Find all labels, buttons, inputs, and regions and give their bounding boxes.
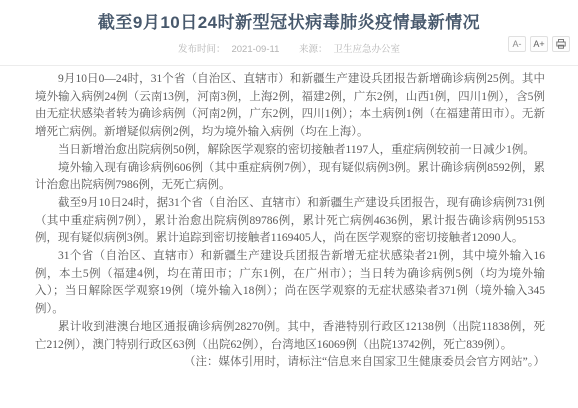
article-meta: 发布时间：2021-09-11 来源：卫生应急办公室 bbox=[0, 42, 578, 58]
toolbar: A- A+ bbox=[508, 36, 570, 52]
header-divider bbox=[0, 65, 578, 66]
article-page: 截至9月10日24时新型冠状病毒肺炎疫情最新情况 发布时间：2021-09-11… bbox=[0, 0, 578, 408]
paragraph: 境外输入现有确诊病例606例（其中重症病例7例），现有疑似病例3例。累计确诊病例… bbox=[35, 160, 545, 195]
paragraph: 31个省（自治区、直辖市）和新疆生产建设兵团报告新增无症状感染者21例，其中境外… bbox=[35, 248, 545, 319]
paragraph: 9月10日0—24时，31个省（自治区、直辖市）和新疆生产建设兵团报告新增确诊病… bbox=[35, 71, 545, 142]
page-title: 截至9月10日24时新型冠状病毒肺炎疫情最新情况 bbox=[0, 8, 578, 33]
citation-note: （注：媒体引用时，请标注“信息来自国家卫生健康委员会官方网站”。） bbox=[35, 354, 545, 372]
paragraph: 当日新增治愈出院病例50例，解除医学观察的密切接触者1197人，重症病例较前一日… bbox=[35, 142, 545, 160]
publish-time-value: 2021-09-11 bbox=[231, 44, 279, 55]
font-decrease-button[interactable]: A- bbox=[508, 36, 526, 52]
source-label: 来源： bbox=[299, 44, 328, 55]
print-button[interactable] bbox=[552, 36, 570, 52]
article-body: 9月10日0—24时，31个省（自治区、直辖市）和新疆生产建设兵团报告新增确诊病… bbox=[0, 66, 578, 372]
font-increase-button[interactable]: A+ bbox=[530, 36, 548, 52]
paragraph: 截至9月10日24时，据31个省（自治区、直辖市）和新疆生产建设兵团报告，现有确… bbox=[35, 195, 545, 248]
article-header: 截至9月10日24时新型冠状病毒肺炎疫情最新情况 发布时间：2021-09-11… bbox=[0, 0, 578, 66]
publish-time-label: 发布时间： bbox=[178, 44, 226, 55]
printer-icon bbox=[556, 39, 566, 49]
paragraph: 累计收到港澳台地区通报确诊病例28270例。其中，香港特别行政区12138例（出… bbox=[35, 319, 545, 354]
source-value: 卫生应急办公室 bbox=[334, 44, 401, 55]
